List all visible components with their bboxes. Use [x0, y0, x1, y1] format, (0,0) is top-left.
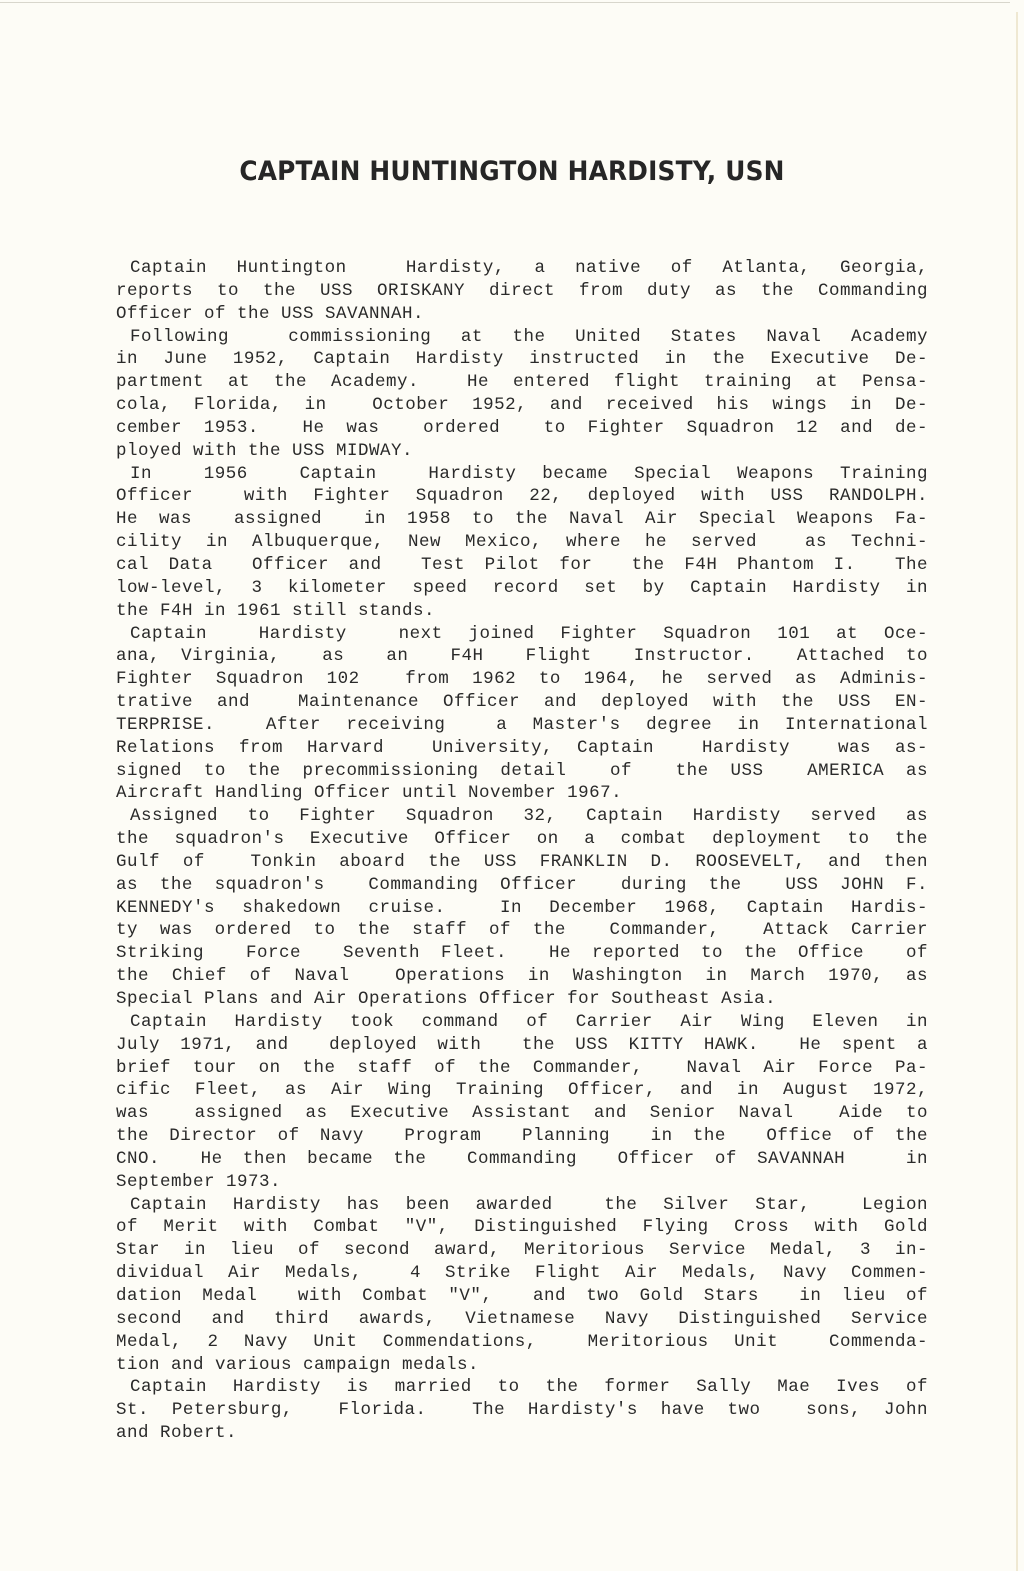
text-line: ana, Virginia, as an F4H Flight Instruct…: [116, 645, 928, 668]
text-line: Following commissioning at the United St…: [116, 326, 928, 349]
text-line: Gulf of Tonkin aboard the USS FRANKLIN D…: [116, 851, 928, 874]
text-line: signed to the precommissioning detail of…: [116, 760, 928, 783]
text-line: dation Medal with Combat "V", and two Go…: [116, 1285, 928, 1308]
text-line: trative and Maintenance Officer and depl…: [116, 691, 928, 714]
text-line: in June 1952, Captain Hardisty instructe…: [116, 348, 928, 371]
text-line: Special Plans and Air Operations Officer…: [116, 988, 928, 1011]
text-line: Assigned to Fighter Squadron 32, Captain…: [116, 805, 928, 828]
text-line: low-level, 3 kilometer speed record set …: [116, 577, 928, 600]
page-edge-right: [1016, 12, 1018, 1571]
text-line: cility in Albuquerque, New Mexico, where…: [116, 531, 928, 554]
paragraph: In 1956 Captain Hardisty became Special …: [116, 463, 928, 623]
text-line: Aircraft Handling Officer until November…: [116, 782, 928, 805]
text-line: brief tour on the staff of the Commander…: [116, 1057, 928, 1080]
document-body: Captain Huntington Hardisty, a native of…: [116, 257, 928, 1445]
text-line: Officer of the USS SAVANNAH.: [116, 303, 928, 326]
text-line: cal Data Officer and Test Pilot for the …: [116, 554, 928, 577]
text-line: ty was ordered to the staff of the Comma…: [116, 919, 928, 942]
paragraph: Captain Hardisty has been awarded the Si…: [116, 1194, 928, 1377]
text-line: Captain Hardisty took command of Carrier…: [116, 1011, 928, 1034]
text-line: September 1973.: [116, 1171, 928, 1194]
text-line: Relations from Harvard University, Capta…: [116, 737, 928, 760]
text-line: July 1971, and deployed with the USS KIT…: [116, 1034, 928, 1057]
paragraph: Captain Hardisty next joined Fighter Squ…: [116, 623, 928, 806]
text-line: the Chief of Naval Operations in Washing…: [116, 965, 928, 988]
text-line: Fighter Squadron 102 from 1962 to 1964, …: [116, 668, 928, 691]
text-line: tion and various campaign medals.: [116, 1354, 928, 1377]
text-line: ployed with the USS MIDWAY.: [116, 440, 928, 463]
text-line: as the squadron's Commanding Officer dur…: [116, 874, 928, 897]
document-title: CAPTAIN HUNTINGTON HARDISTY, USN: [41, 156, 983, 187]
text-line: Captain Hardisty next joined Fighter Squ…: [116, 623, 928, 646]
text-line: and Robert.: [116, 1422, 928, 1445]
text-line: cember 1953. He was ordered to Fighter S…: [116, 417, 928, 440]
text-line: the F4H in 1961 still stands.: [116, 600, 928, 623]
paragraph: Following commissioning at the United St…: [116, 326, 928, 463]
text-line: Medal, 2 Navy Unit Commendations, Merito…: [116, 1331, 928, 1354]
text-line: second and third awards, Vietnamese Navy…: [116, 1308, 928, 1331]
text-line: the Director of Navy Program Planning in…: [116, 1125, 928, 1148]
text-line: Star in lieu of second award, Meritoriou…: [116, 1239, 928, 1262]
text-line: the squadron's Executive Officer on a co…: [116, 828, 928, 851]
text-line: Captain Huntington Hardisty, a native of…: [116, 257, 928, 280]
text-line: dividual Air Medals, 4 Strike Flight Air…: [116, 1262, 928, 1285]
text-line: In 1956 Captain Hardisty became Special …: [116, 463, 928, 486]
page-edge-top: [0, 2, 1010, 3]
text-line: partment at the Academy. He entered flig…: [116, 371, 928, 394]
text-line: Captain Hardisty has been awarded the Si…: [116, 1194, 928, 1217]
paragraph: Captain Hardisty is married to the forme…: [116, 1376, 928, 1445]
text-line: CNO. He then became the Commanding Offic…: [116, 1148, 928, 1171]
paragraph: Captain Hardisty took command of Carrier…: [116, 1011, 928, 1194]
text-line: reports to the USS ORISKANY direct from …: [116, 280, 928, 303]
text-line: was assigned as Executive Assistant and …: [116, 1102, 928, 1125]
text-line: TERPRISE. After receiving a Master's deg…: [116, 714, 928, 737]
text-line: of Merit with Combat "V", Distinguished …: [116, 1216, 928, 1239]
text-line: Officer with Fighter Squadron 22, deploy…: [116, 485, 928, 508]
text-line: cola, Florida, in October 1952, and rece…: [116, 394, 928, 417]
paragraph: Captain Huntington Hardisty, a native of…: [116, 257, 928, 326]
text-line: He was assigned in 1958 to the Naval Air…: [116, 508, 928, 531]
text-line: Captain Hardisty is married to the forme…: [116, 1376, 928, 1399]
text-line: KENNEDY's shakedown cruise. In December …: [116, 897, 928, 920]
text-line: cific Fleet, as Air Wing Training Office…: [116, 1079, 928, 1102]
paragraph: Assigned to Fighter Squadron 32, Captain…: [116, 805, 928, 1011]
text-line: St. Petersburg, Florida. The Hardisty's …: [116, 1399, 928, 1422]
text-line: Striking Force Seventh Fleet. He reporte…: [116, 942, 928, 965]
